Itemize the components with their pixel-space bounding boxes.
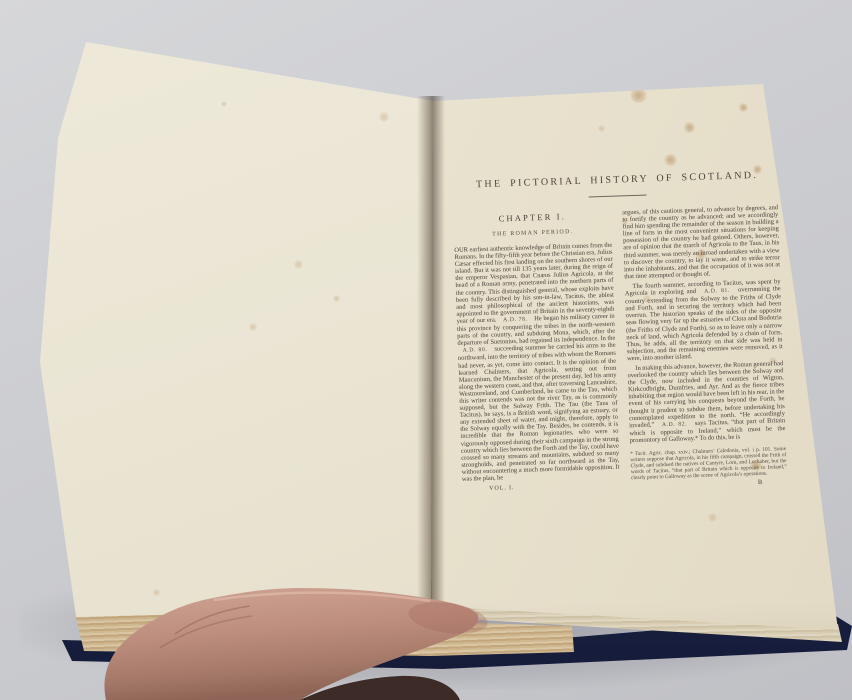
book-photo: THE PICTORIAL HISTORY OF SCOTLAND. CHAPT… — [0, 0, 852, 700]
thumb — [0, 0, 852, 700]
